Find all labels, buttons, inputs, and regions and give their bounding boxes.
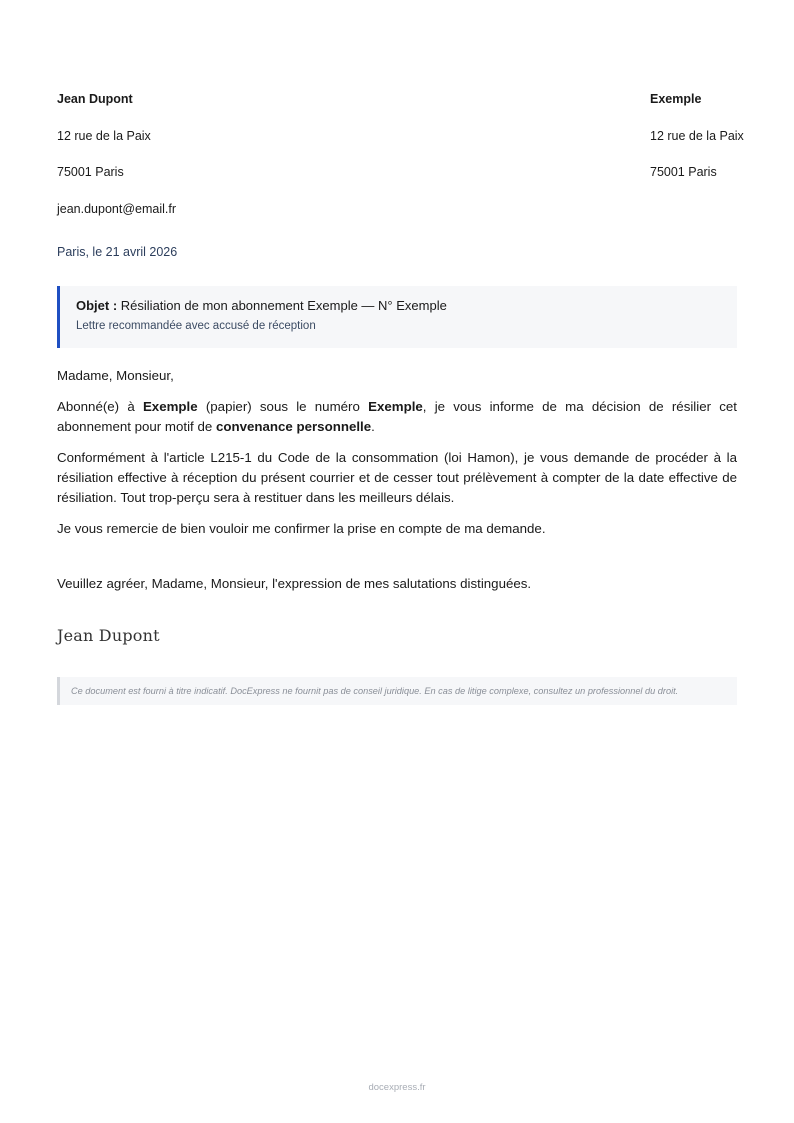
p1-bold-reason: convenance personnelle	[216, 419, 371, 434]
object-box: Objet : Résiliation de mon abonnement Ex…	[57, 286, 737, 348]
recipient-name: Exemple	[650, 90, 744, 127]
recipient-street: 12 rue de la Paix	[650, 127, 744, 164]
disclaimer-box: Ce document est fourni à titre indicatif…	[57, 677, 737, 705]
object-line: Objet : Résiliation de mon abonnement Ex…	[76, 297, 737, 315]
paragraph-3: Je vous remercie de bien vouloir me conf…	[57, 519, 737, 539]
p1-text-1: Abonné(e) à	[57, 399, 143, 414]
paragraph-1: Abonné(e) à Exemple (papier) sous le num…	[57, 397, 737, 438]
greeting: Madame, Monsieur,	[57, 366, 737, 386]
letter-page: Jean Dupont 12 rue de la Paix 75001 Pari…	[57, 0, 737, 1123]
object-subtitle: Lettre recommandée avec accusé de récept…	[76, 317, 737, 335]
recipient-city: 75001 Paris	[650, 163, 744, 200]
letter-body: Madame, Monsieur, Abonné(e) à Exemple (p…	[57, 366, 737, 550]
paragraph-2: Conformément à l'article L215-1 du Code …	[57, 448, 737, 509]
closing-formula: Veuillez agréer, Madame, Monsieur, l'exp…	[57, 574, 531, 594]
footer-brand: docexpress.fr	[57, 1082, 737, 1093]
object-label: Objet :	[76, 298, 117, 313]
signature: Jean Dupont	[57, 626, 160, 645]
sender-block: Jean Dupont 12 rue de la Paix 75001 Pari…	[57, 90, 176, 236]
p1-text-2: (papier) sous le numéro	[198, 399, 368, 414]
p1-bold-service: Exemple	[143, 399, 198, 414]
sender-street: 12 rue de la Paix	[57, 127, 176, 164]
letter-date: Paris, le 21 avril 2026	[57, 245, 177, 259]
recipient-block: Exemple 12 rue de la Paix 75001 Paris	[650, 90, 744, 200]
sender-city: 75001 Paris	[57, 163, 176, 200]
sender-email: jean.dupont@email.fr	[57, 200, 176, 237]
p1-text-4: .	[371, 419, 375, 434]
object-text: Résiliation de mon abonnement Exemple — …	[117, 298, 447, 313]
p1-bold-number: Exemple	[368, 399, 423, 414]
sender-name: Jean Dupont	[57, 90, 176, 127]
